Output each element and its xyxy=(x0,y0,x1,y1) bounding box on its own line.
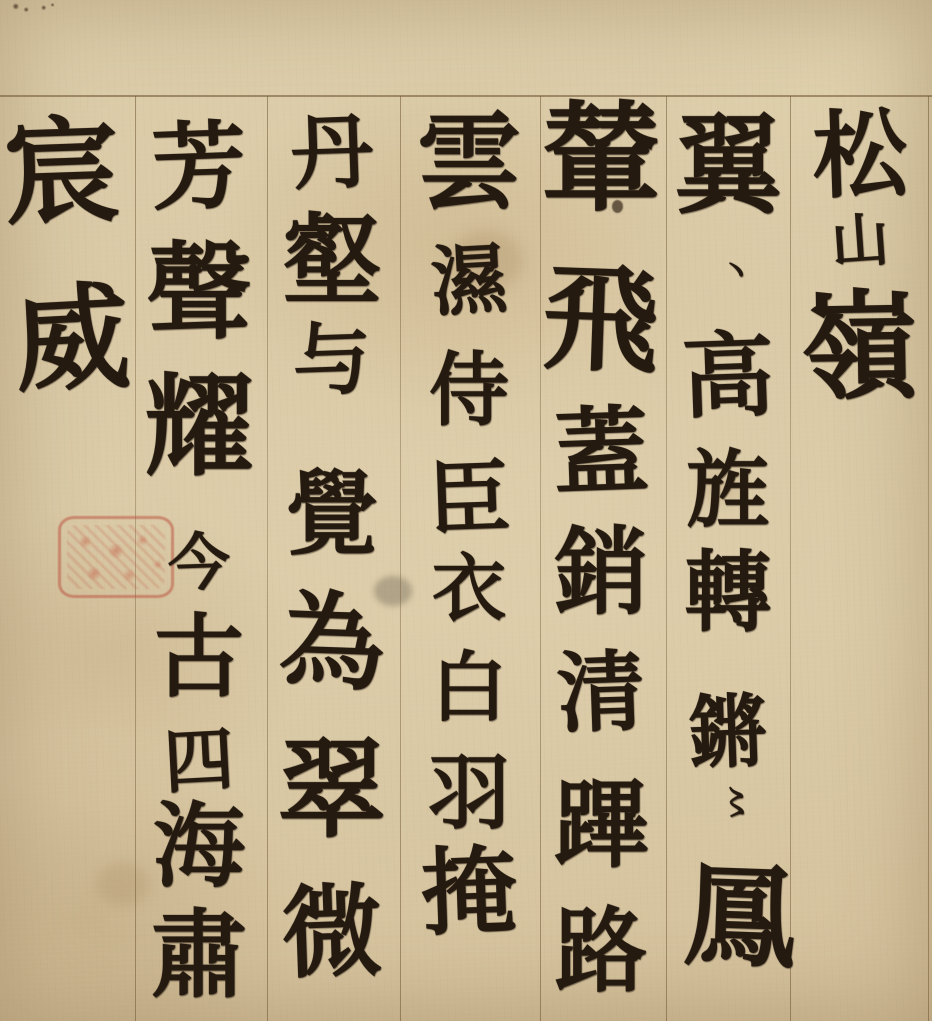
calligraphy-character: 白 xyxy=(431,650,507,726)
calligraphy-character: 衣 xyxy=(432,552,506,626)
calligraphy-character: 為 xyxy=(278,588,387,697)
calligraphy-character: 松 xyxy=(811,106,909,204)
calligraphy-character: 壑 xyxy=(283,212,381,310)
calligraphy-character: 微 xyxy=(280,880,383,983)
calligraphy-character: 雲 xyxy=(416,110,521,215)
calligraphy-character: 輦 xyxy=(542,100,660,218)
calligraphy-character: 肅 xyxy=(151,908,246,1003)
calligraphy-character: 宸 xyxy=(3,113,122,232)
calligraphy-character: 掩 xyxy=(420,843,518,941)
calligraphy-character: 芳 xyxy=(150,118,248,216)
calligraphy-character: 丹 xyxy=(290,111,375,196)
calligraphy-character: 鳳 xyxy=(682,860,798,976)
calligraphy-character: 臣 xyxy=(427,457,512,542)
calligraphy-character: 翼 xyxy=(674,112,782,220)
calligraphy-character: 与 xyxy=(292,321,373,402)
calligraphy-character: 飛 xyxy=(541,260,661,380)
calligraphy-sheet: 松山嶺翼丶高旌轉鏘〻鳳輦飛蓋銷清蹕路雲濕侍臣衣白羽掩丹壑与覺為翠微芳聲耀今古四海… xyxy=(0,0,932,1021)
calligraphy-character: 丶 xyxy=(719,256,753,290)
calligraphy-character: 濕 xyxy=(429,241,509,321)
calligraphy-character: 威 xyxy=(12,279,133,400)
calligraphy-character: 聲 xyxy=(146,240,251,345)
calligraphy-character: 清 xyxy=(555,646,646,737)
calligraphy-character: 銷 xyxy=(553,525,648,620)
calligraphy-character: 高 xyxy=(680,328,775,423)
calligraphy-character: 四 xyxy=(162,724,236,798)
calligraphy-character: 翠 xyxy=(278,736,386,844)
calligraphy-character: 今 xyxy=(167,531,231,595)
calligraphy-character: 蹕 xyxy=(553,778,648,873)
calligraphy-character: 鏘 xyxy=(687,691,770,774)
calligraphy-character: 山 xyxy=(829,210,891,272)
calligraphy-character: 蓋 xyxy=(552,403,650,501)
calligraphy-character: 覺 xyxy=(286,468,378,560)
calligraphy-character: 〻 xyxy=(719,786,753,820)
calligraphy-character: 海 xyxy=(153,800,245,892)
calligraphy-character: 羽 xyxy=(428,752,510,834)
calligraphy-character: 路 xyxy=(555,905,647,997)
calligraphy-character: 侍 xyxy=(429,350,509,430)
calligraphy-character: 嶺 xyxy=(800,287,920,407)
calligraphy-character: 古 xyxy=(154,612,244,702)
calligraphy-character: 轉 xyxy=(684,548,772,636)
calligraphy-character: 旌 xyxy=(686,448,770,532)
calligraphy-character: 耀 xyxy=(144,372,254,482)
collector-seal xyxy=(58,516,174,598)
